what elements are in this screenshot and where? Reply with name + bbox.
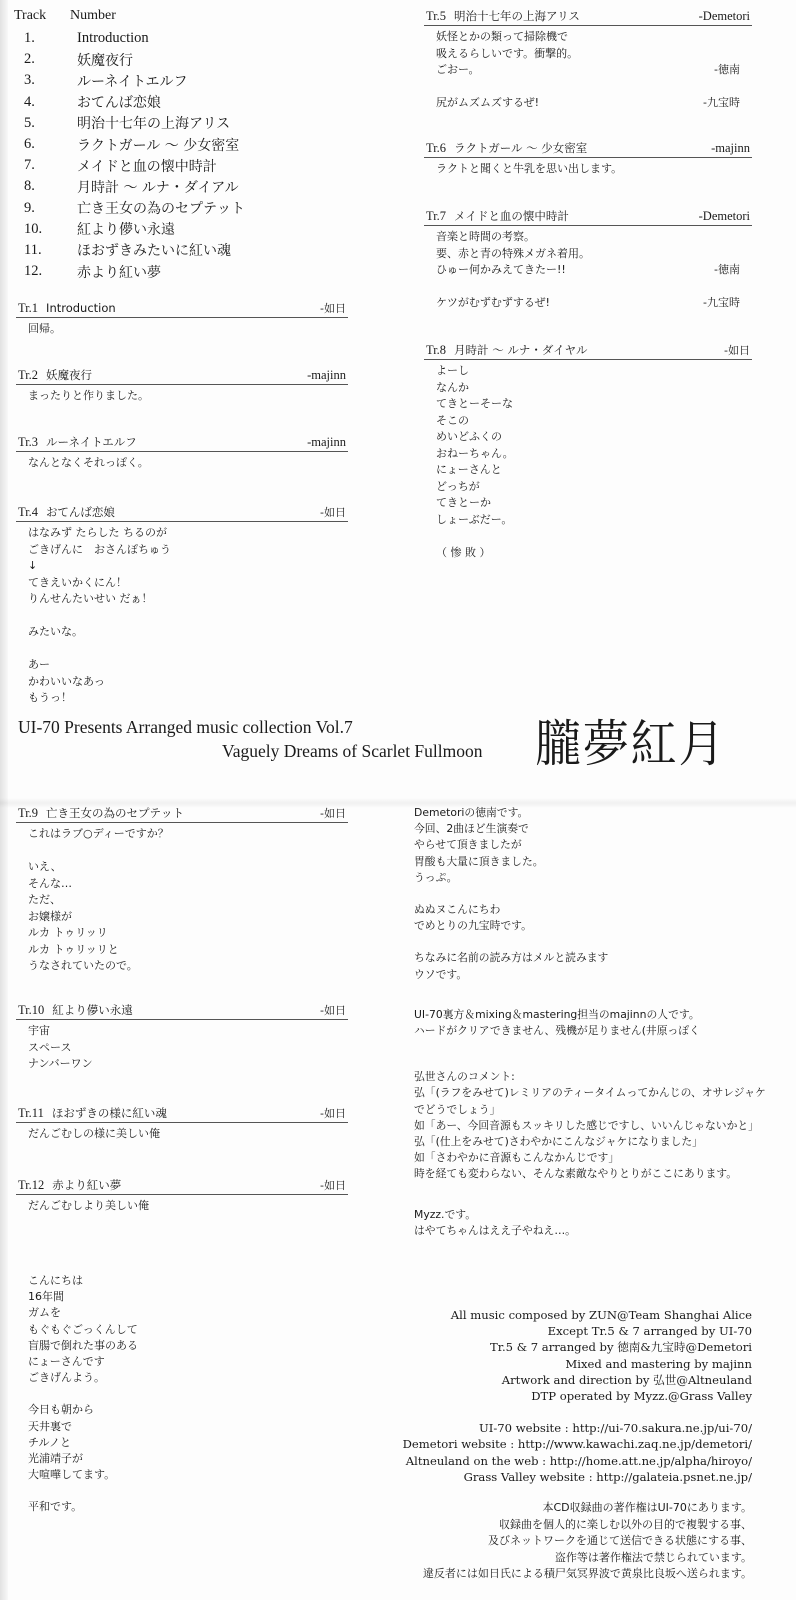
album-subtitle-line1: UI-70 Presents Arranged music collection… — [18, 717, 353, 738]
note-track-number: Tr.8 — [426, 343, 446, 357]
note-text: 尻がムズムズするぜ! — [436, 95, 539, 112]
copyright-notice: 本CD収録曲の著作権はUI-70にあります。収録曲を個人的に楽しむ以外の目的で複… — [423, 1500, 752, 1583]
legal-line: 本CD収録曲の著作権はUI-70にあります。 — [423, 1500, 752, 1517]
note-body: なんとなくそれっぽく。 — [16, 452, 348, 472]
note-body: 妖怪とかの類って掃除機で吸えるらしいです。衝撃的。ごおー。-徳南尻がムズムズする… — [424, 26, 752, 112]
greeting-line: 天井裏で — [28, 1419, 138, 1435]
note-track-title: 亡き王女の為のセプテット — [46, 806, 184, 820]
note-line: いえ、 — [28, 859, 336, 876]
note-line: もうっ！ — [28, 690, 336, 707]
track-note: Tr.12赤より紅い夢-如日だんごむしより美しい俺 — [16, 1177, 348, 1215]
note-track-title: 月時計 ～ ルナ・ダイヤル — [454, 343, 587, 357]
note-author: -majinn — [711, 141, 750, 156]
greeting-line: ガムを — [28, 1305, 138, 1321]
website-line: Demetori website : http://www.kawachi.za… — [403, 1436, 752, 1452]
note-line — [28, 843, 336, 860]
note-line: なんか — [436, 380, 740, 397]
track-title: 赤より紅い夢 — [77, 262, 161, 282]
note-line: 吸えるらしいです。衝撃的。 — [436, 46, 740, 63]
comment-line: 時を経ても変わらない、そんな素敵なやりとりがここにあります。 — [414, 1166, 766, 1182]
track-note: Tr.3ルーネイトエルフ-majinnなんとなくそれっぽく。 — [16, 434, 348, 472]
note-track-number: Tr.9 — [18, 806, 38, 820]
note-text: 妖怪とかの類って掃除機で — [436, 29, 568, 46]
note-text: りんせんたいせい だぁ！ — [28, 591, 153, 608]
note-text: そんな… — [28, 876, 72, 893]
comment-line: 弘世さんのコメント: — [414, 1069, 766, 1085]
credit-line: Artwork and direction by 弘世@Altneuland — [403, 1372, 752, 1388]
note-line: 音楽と時間の考察。 — [436, 229, 740, 246]
note-text: 宇宙 — [28, 1023, 50, 1040]
note-text: はなみず たらした ちるのが — [28, 525, 167, 542]
note-track-title: ルーネイトエルフ — [46, 435, 137, 449]
note-track-title: 明治十七年の上海アリス — [454, 9, 580, 23]
track-title: 月時計 ～ ルナ・ダイアル — [77, 177, 239, 197]
note-signature: -九宝時 — [703, 295, 740, 312]
track-number: 5. — [14, 115, 77, 132]
track-number: 3. — [14, 72, 77, 89]
note-line: まったりと作りました。 — [28, 388, 336, 405]
comment-line: UI-70裏方＆mixing＆mastering担当のmajinnの人です。 — [414, 1007, 766, 1023]
note-line: ケツがむずむずするぜ!-九宝時 — [436, 295, 740, 312]
track-title: ほおずきみたいに紅い魂 — [77, 240, 231, 260]
legal-line: 及びネットワークを通じて送信できる状態にする事、 — [423, 1533, 752, 1550]
comment-line: でめとりの九宝時です。 — [414, 918, 766, 934]
track-number: 12. — [14, 263, 77, 280]
comment-line: 弘「(ラフをみせて)レミリアのティータイムってかんじの、オサレジャケ — [414, 1085, 766, 1101]
member-comments: Demetoriの徳南です。今回、2曲ほど生演奏でやらせて頂きましたが胃酸も大量… — [414, 805, 766, 1239]
note-track: Tr.5明治十七年の上海アリス — [426, 8, 580, 24]
note-line: ルカ トゥリッリ — [28, 925, 336, 942]
note-line — [436, 279, 740, 296]
note-body: 音楽と時間の考察。要、赤と青の特殊メガネ着用。ひゅー何かみえてきたー!!-徳南ケ… — [424, 226, 752, 312]
note-text: ケツがむずむずするぜ! — [436, 295, 550, 312]
greeting-line: にょーさんです — [28, 1354, 138, 1370]
note-line: ごきげんに おさんぽちゅう — [28, 542, 336, 559]
note-header: Tr.10紅より儚い永遠-如日 — [16, 1002, 348, 1020]
track-number: 6. — [14, 136, 77, 153]
greeting-left: こんにちは16年間ガムをもぐもぐごっくんして盲腸で倒れた事のあるにょーさんですご… — [28, 1273, 138, 1516]
track-number: 2. — [14, 51, 77, 68]
note-text: 音楽と時間の考察。 — [436, 229, 535, 246]
note-text: てきとーそーな — [436, 396, 513, 413]
note-text: だんごむしより美しい俺 — [28, 1198, 149, 1215]
note-text: 吸えるらしいです。衝撃的。 — [436, 46, 578, 63]
note-text: てきとーか — [436, 495, 491, 512]
track-row: 2.妖魔夜行 — [14, 49, 394, 70]
note-text: そこの — [436, 413, 469, 430]
note-text: めいどふくの — [436, 429, 502, 446]
note-text: だんごむしの様に美しい俺 — [28, 1126, 160, 1143]
track-number: 7. — [14, 157, 77, 174]
note-line: あー — [28, 657, 336, 674]
track-note: Tr.9亡き王女の為のセプテット-如日これはラブ○ディーですか？いえ、そんな…た… — [16, 805, 348, 975]
credit-line: DTP operated by Myzz.@Grass Valley — [403, 1388, 752, 1404]
album-subtitle-line2: Vaguely Dreams of Scarlet Fullmoon — [222, 741, 483, 762]
note-body: 宇宙スペースナンバーワン — [16, 1020, 348, 1073]
comment-line: 胃酸も大量に頂きました。 — [414, 854, 766, 870]
note-track-title: おてんば恋娘 — [46, 505, 115, 519]
credits: All music composed by ZUN@Team Shanghai … — [403, 1307, 752, 1485]
legal-line: 違反者には如日氏による積尸気冥界波で黄泉比良坂へ送られます。 — [423, 1566, 752, 1583]
note-text: にょーさんと — [436, 462, 502, 479]
note-header: Tr.2妖魔夜行-majinn — [16, 367, 348, 385]
note-author: -如日 — [320, 1177, 346, 1193]
comment-line: Myzz.です。 — [414, 1207, 766, 1223]
note-line: ただ、 — [28, 892, 336, 909]
track-note: Tr.2妖魔夜行-majinnまったりと作りました。 — [16, 367, 348, 405]
comment-line: 今回、2曲ほど生演奏で — [414, 821, 766, 837]
greeting-line: 平和です。 — [28, 1499, 138, 1515]
note-header: Tr.4おてんば恋娘-如日 — [16, 504, 348, 522]
note-text: ラクトと聞くと牛乳を思い出します。 — [436, 161, 622, 178]
note-line: ナンバーワン — [28, 1056, 336, 1073]
note-signature: -徳南 — [714, 262, 740, 279]
note-line: スペース — [28, 1040, 336, 1057]
note-signature: -徳南 — [714, 62, 740, 79]
note-track-number: Tr.2 — [18, 368, 38, 382]
legal-line: 盗作等は著作権法で禁じられています。 — [423, 1550, 752, 1567]
note-line: そこの — [436, 413, 740, 430]
note-line: しょーぶだー。 — [436, 512, 740, 529]
track-note: Tr.7メイドと血の懐中時計-Demetori音楽と時間の考察。要、赤と青の特殊… — [424, 208, 752, 312]
track-title: おてんば恋娘 — [77, 92, 161, 112]
note-text: どっちが — [436, 479, 480, 496]
note-author: -如日 — [320, 300, 346, 316]
note-text: ナンバーワン — [28, 1056, 93, 1073]
note-track: Tr.11ほおずきの様に紅い魂 — [18, 1105, 167, 1121]
note-author: -如日 — [724, 342, 750, 358]
note-author: -Demetori — [699, 209, 750, 224]
note-line: てきとーか — [436, 495, 740, 512]
greeting-line: 大喧嘩してます。 — [28, 1467, 138, 1483]
legal-line: 収録曲を個人的に楽しむ以外の目的で複製する事、 — [423, 1517, 752, 1534]
note-line: かわいいなあっ — [28, 674, 336, 691]
comment-line: でどうでしょう」 — [414, 1102, 766, 1118]
note-track-title: ほおずきの様に紅い魂 — [52, 1106, 167, 1120]
note-body: 回帰。 — [16, 318, 348, 338]
track-row: 8.月時計 ～ ルナ・ダイアル — [14, 176, 394, 197]
credit-line: Except Tr.5 & 7 arranged by UI-70 — [403, 1323, 752, 1339]
note-text: 回帰。 — [28, 321, 61, 338]
track-title: ラクトガール ～ 少女密室 — [77, 135, 239, 155]
note-line: ルカ トゥリッリと — [28, 942, 336, 959]
note-line: ラクトと聞くと牛乳を思い出します。 — [436, 161, 740, 178]
note-track-number: Tr.7 — [426, 209, 446, 223]
comment-line: 弘「(仕上をみせて)さわやかにこんなジャケになりました」 — [414, 1134, 766, 1150]
note-header: Tr.12赤より紅い夢-如日 — [16, 1177, 348, 1195]
note-text: ↓ — [28, 558, 37, 575]
note-line: おねーちゃん。 — [436, 446, 740, 463]
note-track: Tr.7メイドと血の懐中時計 — [426, 208, 569, 224]
note-line: ↓ — [28, 558, 336, 575]
note-track-number: Tr.11 — [18, 1106, 44, 1120]
note-header: Tr.7メイドと血の懐中時計-Demetori — [424, 208, 752, 226]
note-track-title: メイドと血の懐中時計 — [454, 209, 569, 223]
note-text: いえ、 — [28, 859, 62, 876]
note-line — [28, 608, 336, 625]
track-number: 8. — [14, 178, 77, 195]
header-track: Track — [14, 8, 70, 28]
note-track: Tr.4おてんば恋娘 — [18, 504, 115, 520]
greeting-line: 盲腸で倒れた事のある — [28, 1338, 138, 1354]
track-list-header: Track Number — [14, 8, 394, 28]
comment-line: 如「さわやかに音源もこんなかんじです」 — [414, 1150, 766, 1166]
note-track-number: Tr.3 — [18, 435, 38, 449]
track-title: ルーネイトエルフ — [77, 71, 187, 91]
note-line: お嬢様が — [28, 909, 336, 926]
track-row: 12.赤より紅い夢 — [14, 261, 394, 282]
comment-line: 如「あー、今回音源もスッキリした感じですし、いいんじゃないかと」 — [414, 1118, 766, 1134]
note-line: なんとなくそれっぽく。 — [28, 455, 336, 472]
note-body: よーしなんかてきとーそーなそこのめいどふくのおねーちゃん。にょーさんとどっちがて… — [424, 360, 752, 561]
note-header: Tr.8月時計 ～ ルナ・ダイヤル-如日 — [424, 342, 752, 360]
track-row: 7.メイドと血の懐中時計 — [14, 155, 394, 176]
track-row: 6.ラクトガール ～ 少女密室 — [14, 134, 394, 155]
note-body: はなみず たらした ちるのがごきげんに おさんぽちゅう↓てきえいかくにん！りんせ… — [16, 522, 348, 707]
note-text: ルカ トゥリッリ — [28, 925, 108, 942]
note-track-number: Tr.1 — [18, 301, 38, 315]
note-text: あー — [28, 657, 50, 674]
note-text: お嬢様が — [28, 909, 72, 926]
note-text: てきえいかくにん！ — [28, 575, 127, 592]
note-track-number: Tr.12 — [18, 1178, 44, 1192]
note-text: よーし — [436, 363, 469, 380]
track-note: Tr.6ラクトガール ～ 少女密室-majinnラクトと聞くと牛乳を思い出します… — [424, 140, 752, 178]
note-track-number: Tr.4 — [18, 505, 38, 519]
note-line: （ 惨 敗 ） — [436, 545, 740, 562]
note-body: ラクトと聞くと牛乳を思い出します。 — [424, 158, 752, 178]
note-track-title: ラクトガール ～ 少女密室 — [454, 141, 587, 155]
comment-line: ちなみに名前の読み方はメルと読みます — [414, 950, 766, 966]
note-body: まったりと作りました。 — [16, 385, 348, 405]
note-text: ただ、 — [28, 892, 61, 909]
comment-line: ぬぬヌこんにちわ — [414, 902, 766, 918]
note-text: ごきげんに おさんぽちゅう — [28, 542, 171, 559]
comment-line: Demetoriの徳南です。 — [414, 805, 766, 821]
comment-line: うっぷ。 — [414, 870, 766, 886]
note-track-title: 紅より儚い永遠 — [52, 1003, 133, 1017]
track-title: Introduction — [77, 30, 149, 47]
note-line: 妖怪とかの類って掃除機で — [436, 29, 740, 46]
note-author: -majinn — [307, 435, 346, 450]
track-note: Tr.5明治十七年の上海アリス-Demetori妖怪とかの類って掃除機で吸えるら… — [424, 8, 752, 112]
track-title: 妖魔夜行 — [77, 50, 133, 70]
comment-line: やらせて頂きましたが — [414, 837, 766, 853]
website-line: Grass Valley website : http://galateia.p… — [403, 1469, 752, 1485]
greeting-line: チルノと — [28, 1435, 138, 1451]
track-note: Tr.8月時計 ～ ルナ・ダイヤル-如日よーしなんかてきとーそーなそこのめいどふ… — [424, 342, 752, 561]
note-body: だんごむしの様に美しい俺 — [16, 1123, 348, 1143]
note-track-title: 妖魔夜行 — [46, 368, 92, 382]
note-track: Tr.9亡き王女の為のセプテット — [18, 805, 184, 821]
note-text: ひゅー何かみえてきたー!! — [436, 262, 566, 279]
note-text: もうっ！ — [28, 690, 72, 707]
note-track-number: Tr.10 — [18, 1003, 44, 1017]
note-author: -Demetori — [699, 9, 750, 24]
note-line: 尻がムズムズするぜ!-九宝時 — [436, 95, 740, 112]
note-header: Tr.6ラクトガール ～ 少女密室-majinn — [424, 140, 752, 158]
note-line: はなみず たらした ちるのが — [28, 525, 336, 542]
note-text: ルカ トゥリッリと — [28, 942, 119, 959]
note-line: みたいな。 — [28, 624, 336, 641]
note-text: 要、赤と青の特殊メガネ着用。 — [436, 246, 590, 263]
greeting-line: こんにちは — [28, 1273, 138, 1289]
track-note: Tr.4おてんば恋娘-如日はなみず たらした ちるのがごきげんに おさんぽちゅう… — [16, 504, 348, 707]
note-track: Tr.8月時計 ～ ルナ・ダイヤル — [426, 342, 588, 358]
note-line: 回帰。 — [28, 321, 336, 338]
note-text: みたいな。 — [28, 624, 83, 641]
track-note: Tr.1Introduction-如日回帰。 — [16, 300, 348, 338]
note-line — [436, 528, 740, 545]
note-header: Tr.9亡き王女の為のセプテット-如日 — [16, 805, 348, 823]
track-row: 5.明治十七年の上海アリス — [14, 113, 394, 134]
note-track: Tr.2妖魔夜行 — [18, 367, 92, 383]
note-track-title: Introduction — [46, 301, 116, 315]
note-track: Tr.1Introduction — [18, 301, 116, 316]
note-header: Tr.1Introduction-如日 — [16, 300, 348, 318]
note-line: うなされていたので。 — [28, 958, 336, 975]
note-text: かわいいなあっ — [28, 674, 105, 691]
track-title: メイドと血の懐中時計 — [77, 156, 217, 176]
note-signature: -九宝時 — [703, 95, 740, 112]
note-header: Tr.5明治十七年の上海アリス-Demetori — [424, 8, 752, 26]
note-line: 要、赤と青の特殊メガネ着用。 — [436, 246, 740, 263]
track-number: 4. — [14, 94, 77, 111]
note-text: なんか — [436, 380, 469, 397]
note-line: めいどふくの — [436, 429, 740, 446]
header-number: Number — [70, 8, 116, 28]
credit-line: All music composed by ZUN@Team Shanghai … — [403, 1307, 752, 1323]
note-line: だんごむしの様に美しい俺 — [28, 1126, 336, 1143]
note-header: Tr.11ほおずきの様に紅い魂-如日 — [16, 1105, 348, 1123]
note-track-title: 赤より紅い夢 — [52, 1178, 121, 1192]
greeting-line: 今日も朝から — [28, 1402, 138, 1418]
track-list: Track Number 1.Introduction2.妖魔夜行3.ルーネイト… — [14, 8, 394, 282]
album-title-kanji: 朧夢紅月 — [535, 704, 726, 776]
note-track-number: Tr.6 — [426, 141, 446, 155]
note-line: 宇宙 — [28, 1023, 336, 1040]
comment-line: ウソです。 — [414, 967, 766, 983]
website-line: Altneuland on the web : http://home.att.… — [403, 1453, 752, 1469]
note-track-number: Tr.5 — [426, 9, 446, 23]
track-title: 明治十七年の上海アリス — [77, 113, 230, 133]
note-track: Tr.3ルーネイトエルフ — [18, 434, 137, 450]
note-body: だんごむしより美しい俺 — [16, 1195, 348, 1215]
note-line: だんごむしより美しい俺 — [28, 1198, 336, 1215]
note-line: てきとーそーな — [436, 396, 740, 413]
note-text: うなされていたので。 — [28, 958, 138, 975]
note-line: これはラブ○ディーですか？ — [28, 826, 336, 843]
note-line: ひゅー何かみえてきたー!!-徳南 — [436, 262, 740, 279]
credit-line: Tr.5 & 7 arranged by 徳南&九宝時@Demetori — [403, 1339, 752, 1355]
note-line: りんせんたいせい だぁ！ — [28, 591, 336, 608]
greeting-line: 光浦靖子が — [28, 1451, 138, 1467]
note-track: Tr.10紅より儚い永遠 — [18, 1002, 133, 1018]
note-text: ごおー。 — [436, 62, 480, 79]
track-number: 1. — [14, 30, 77, 47]
greeting-line: ごきげんよう。 — [28, 1370, 138, 1386]
comment-line: はやてちゃんはええ子やねえ…。 — [414, 1223, 766, 1239]
track-note: Tr.10紅より儚い永遠-如日宇宙スペースナンバーワン — [16, 1002, 348, 1073]
credit-line: Mixed and mastering by majinn — [403, 1356, 752, 1372]
note-line — [28, 641, 336, 658]
note-author: -如日 — [320, 1002, 346, 1018]
note-text: しょーぶだー。 — [436, 512, 512, 529]
note-author: -majinn — [307, 368, 346, 383]
note-author: -如日 — [320, 504, 346, 520]
track-title: 亡き王女の為のセプテット — [77, 198, 245, 218]
track-row: 4.おてんば恋娘 — [14, 92, 394, 113]
greeting-line: もぐもぐごっくんして — [28, 1322, 138, 1338]
note-text: なんとなくそれっぽく。 — [28, 455, 149, 472]
track-note: Tr.11ほおずきの様に紅い魂-如日だんごむしの様に美しい俺 — [16, 1105, 348, 1143]
note-body: これはラブ○ディーですか？いえ、そんな…ただ、お嬢様がルカ トゥリッリルカ トゥ… — [16, 823, 348, 975]
track-row: 10.紅より儚い永遠 — [14, 219, 394, 240]
track-row: 3.ルーネイトエルフ — [14, 70, 394, 91]
note-line — [436, 79, 740, 96]
note-track: Tr.6ラクトガール ～ 少女密室 — [426, 140, 587, 156]
track-number: 10. — [14, 221, 77, 238]
note-text: スペース — [28, 1040, 71, 1057]
note-text: おねーちゃん。 — [436, 446, 514, 463]
note-line: そんな… — [28, 876, 336, 893]
track-row: 9.亡き王女の為のセプテット — [14, 198, 394, 219]
note-author: -如日 — [320, 805, 346, 821]
track-row: 1.Introduction — [14, 28, 394, 49]
note-text: これはラブ○ディーですか？ — [28, 826, 169, 843]
website-line: UI-70 website : http://ui-70.sakura.ne.j… — [403, 1420, 752, 1436]
note-line: てきえいかくにん！ — [28, 575, 336, 592]
track-row: 11.ほおずきみたいに紅い魂 — [14, 240, 394, 261]
track-title: 紅より儚い永遠 — [77, 219, 175, 239]
note-line: にょーさんと — [436, 462, 740, 479]
note-line: よーし — [436, 363, 740, 380]
comment-line: ハードがクリアできません、残機が足りません(井原っぽく — [414, 1023, 766, 1039]
note-line: ごおー。-徳南 — [436, 62, 740, 79]
note-text: まったりと作りました。 — [28, 388, 149, 405]
note-header: Tr.3ルーネイトエルフ-majinn — [16, 434, 348, 452]
track-number: 9. — [14, 200, 77, 217]
note-track: Tr.12赤より紅い夢 — [18, 1177, 121, 1193]
note-author: -如日 — [320, 1105, 346, 1121]
note-line: どっちが — [436, 479, 740, 496]
greeting-line: 16年間 — [28, 1289, 138, 1305]
note-text: （ 惨 敗 ） — [436, 545, 491, 562]
track-number: 11. — [14, 242, 77, 259]
